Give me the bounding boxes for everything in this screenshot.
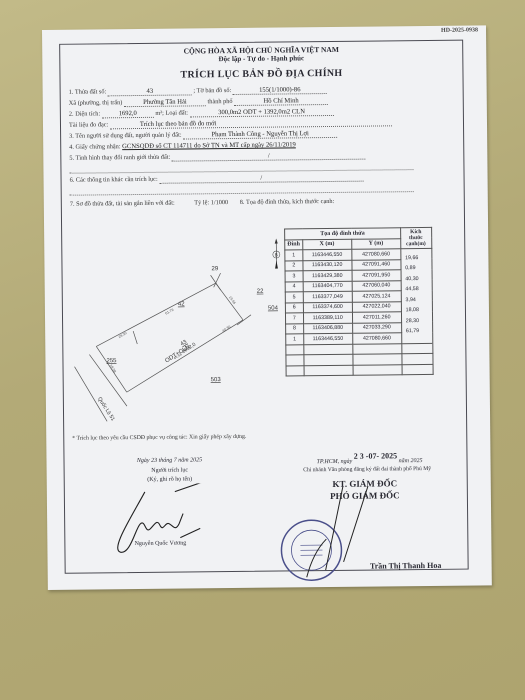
extractor-role: Người trích lục <box>105 467 235 474</box>
cell-vertex: 3 <box>285 271 303 282</box>
svg-text:B: B <box>275 252 278 257</box>
field-other-info: 6. Các thông tin khác cần trích lục: / <box>70 174 364 185</box>
land-type-value: 300,0m2 ODT + 1392,0m2 CLN <box>190 108 334 118</box>
cell-vertex: 7 <box>285 313 303 324</box>
survey-value: Trích lục theo bản đồ đo mới <box>110 118 392 129</box>
cell-vertex: 8 <box>286 323 304 334</box>
extractor-date: Ngày 23 tháng 7 năm 2025 <box>104 457 234 464</box>
stamped-date: 2 3 -07- 2025 <box>354 451 397 460</box>
document-id: HD-2025-0938 <box>441 27 478 33</box>
vertex-coordinates-table: Tọa độ đỉnh thửa Kích thước cạnh(m) Đỉnh… <box>284 227 433 377</box>
map-sheet-label: ; Tờ bản đồ số: <box>193 87 231 94</box>
edge-label: 61.79 <box>165 308 175 316</box>
cell-edge-length: 18,08 <box>401 301 432 312</box>
city-label: thành phố <box>207 98 232 105</box>
x-header: X (m) <box>302 239 351 250</box>
neighbor-22: 22 <box>257 289 264 295</box>
cell-y: 427091,950 <box>352 270 401 281</box>
cell-edge-length: 28,30 <box>401 311 432 322</box>
edge-label: 18.08 <box>109 364 117 374</box>
cell-edge-length <box>401 332 432 343</box>
extract-purpose-note: * Trích lục theo yêu cầu CSDĐ phục vụ cô… <box>72 434 246 442</box>
neighbor-42: 42 <box>178 302 185 308</box>
issuing-office: Chi nhánh Văn phòng đăng ký đất đai thàn… <box>260 465 475 473</box>
city-value: Hồ Chí Minh <box>234 97 328 106</box>
cell-x: 1163404,770 <box>303 281 352 292</box>
ward-label: Xã (phường, thị trấn) <box>69 99 123 107</box>
neighbor-504: 504 <box>268 306 279 312</box>
cell-x: 1163406,880 <box>303 323 352 334</box>
sketch-section-header: 7. Sơ đồ thửa đất, tài sản gắn liền với … <box>70 198 335 208</box>
cell-y: 427060,040 <box>352 280 401 291</box>
ward-value: Phường Tân Hải <box>124 98 206 107</box>
approval-date: TP.HCM, ngày 2 3 -07- 2025 năm 2025 <box>269 455 469 466</box>
road-label: Quốc Lộ 51 <box>96 396 116 422</box>
cell-y: 427025,124 <box>352 291 401 302</box>
parcel-sketch-map: 29 22 504 42 255 503 ODT+CLN 43 1692,0 Q… <box>70 234 287 436</box>
cell-vertex: 1 <box>286 334 304 345</box>
cell-edge-length: 44,58 <box>401 280 432 291</box>
cell-vertex: 2 <box>285 260 303 271</box>
area-label: 2. Diện tích: <box>69 110 100 117</box>
cell-y: 427080,660 <box>352 249 401 260</box>
certificate-label: 4. Giấy chứng nhận: <box>69 143 120 151</box>
other-info-label: 6. Các thông tin khác cần trích lục: <box>70 176 158 184</box>
parcel-number: 43 <box>108 87 192 96</box>
cell-edge-length: 0,89 <box>401 259 432 270</box>
field-owner: 3. Tên người sử dụng đất, người quản lý … <box>69 130 337 141</box>
other-info-value: / <box>159 174 363 184</box>
cell-y: 427022,040 <box>352 301 401 312</box>
cell-edge-length: 19,66 <box>400 248 431 259</box>
document-frame: CỘNG HÒA XÃ HỘI CHỦ NGHĨA VIỆT NAM Độc l… <box>59 40 469 574</box>
north-arrow-icon: B <box>273 239 280 269</box>
extractor-name: Nguyễn Quốc Vương <box>105 540 215 547</box>
cell-y: 427011,260 <box>352 312 401 323</box>
parcel-label: 1. Thửa đất số: <box>69 88 107 95</box>
document-title: TRÍCH LỤC BẢN ĐỒ ĐỊA CHÍNH <box>60 67 462 82</box>
cell-x: 1163430,120 <box>303 260 352 271</box>
owner-value: Phạm Thành Công - Nguyễn Thị Lợi <box>183 130 337 140</box>
cell-y: 427091,460 <box>352 259 401 270</box>
owner-label: 3. Tên người sử dụng đất, người quản lý … <box>69 132 182 140</box>
boundary-change-label: 5. Tình hình thay đổi ranh giới thửa đất… <box>69 154 170 162</box>
area-unit-label: m²; Loại đất: <box>155 109 188 116</box>
signer-name: Trần Thị Thanh Hoa <box>351 561 461 571</box>
cell-vertex: 6 <box>285 302 303 313</box>
neighbor-503: 503 <box>211 377 222 383</box>
edge-length-header: Kích thước cạnh(m) <box>400 227 431 248</box>
field-survey: Tài liệu đo đạc: Trích lục theo bản đồ đ… <box>69 118 392 129</box>
area-value: 1692,0 <box>102 110 154 119</box>
field-ward: Xã (phường, thị trấn) Phường Tân Hải thà… <box>69 97 328 108</box>
cell-y: 427033,290 <box>352 322 401 333</box>
field-parcel: 1. Thửa đất số: 43 ; Tờ bản đồ số: 155(1… <box>69 86 327 97</box>
edge-label: 19.66 <box>228 295 236 305</box>
survey-label: Tài liệu đo đạc: <box>69 121 108 128</box>
table-row: 11163446,550427080,660 <box>286 332 433 344</box>
vertex-header: Đỉnh <box>285 239 303 250</box>
cell-vertex: 5 <box>285 292 303 303</box>
cell-edge-length: 61,79 <box>401 322 432 333</box>
edge-label: 28.30 <box>118 331 128 339</box>
edge-label: 40.30 <box>222 325 232 333</box>
cell-vertex: 4 <box>285 281 303 292</box>
sketch-scale: Tỷ lệ: 1/1000 <box>194 199 228 206</box>
field-area: 2. Diện tích: 1692,0 m²; Loại đất: 300,0… <box>69 108 334 119</box>
cell-x: 1163374,600 <box>303 302 352 313</box>
cell-x: 1163446,550 <box>303 333 352 344</box>
sketch-label: 7. Sơ đồ thửa đất, tài sản gắn liền với … <box>70 200 175 208</box>
field-boundary-change: 5. Tình hình thay đổi ranh giới thửa đất… <box>69 152 366 163</box>
y-header: Y (m) <box>351 238 400 249</box>
coords-section-label: 8. Tọa độ đỉnh thửa, kích thước cạnh: <box>240 198 335 206</box>
certificate-value: GCNSQDĐ số CT 114711 do Sở TN và MT cấp … <box>122 141 296 150</box>
field-certificate: 4. Giấy chứng nhận: GCNSQDĐ số CT 114711… <box>69 141 296 150</box>
cell-y: 427080,660 <box>352 333 401 344</box>
cell-x: 1163377,049 <box>303 291 352 302</box>
cell-x: 1163389,110 <box>303 312 352 323</box>
director-signature <box>323 481 384 572</box>
cell-edge-length: 3,94 <box>401 290 432 301</box>
cadastral-extract-document: HD-2025-0938 CỘNG HÒA XÃ HỘI CHỦ NGHĨA V… <box>42 25 492 590</box>
cell-vertex: 1 <box>285 250 303 261</box>
map-sheet-number: 155(1/1000)-86 <box>233 86 327 95</box>
cell-x: 1163429,380 <box>303 270 352 281</box>
dotted-line <box>70 191 414 196</box>
cell-edge-length: 40,30 <box>401 269 432 280</box>
cell-x: 1163446,550 <box>303 249 352 260</box>
boundary-change-value: / <box>172 152 366 162</box>
neighbor-29: 29 <box>211 266 218 272</box>
table-row-empty <box>286 364 433 376</box>
